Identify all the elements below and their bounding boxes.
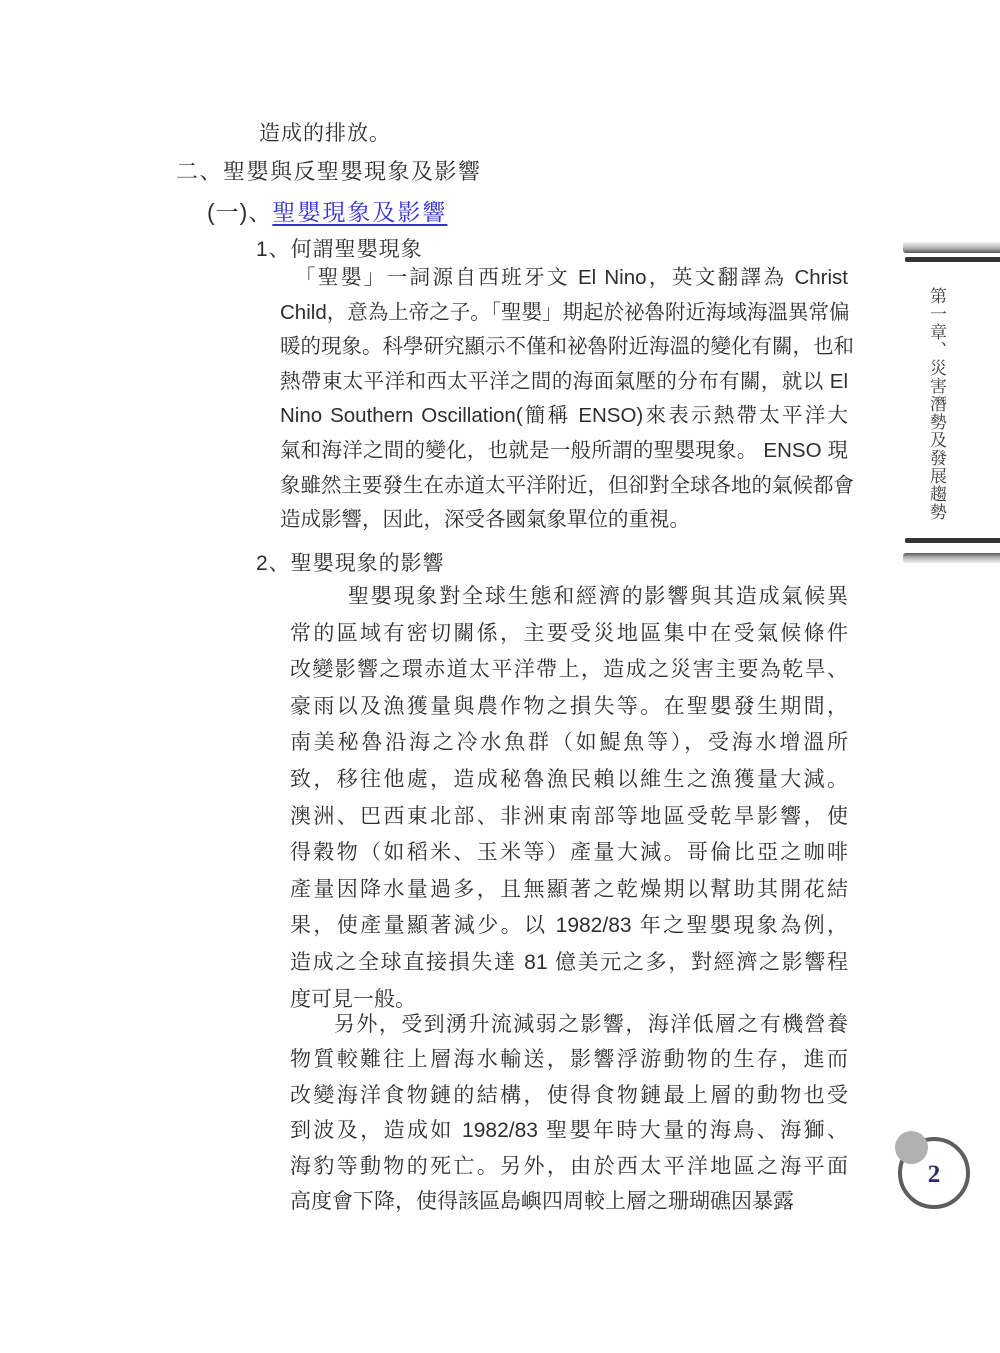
text-line: 到波及，造成如 1982/83 聖嬰年時大量的海鳥、海獅、 xyxy=(290,1113,848,1148)
text-line: 造成之全球直接損失達 81 億美元之多，對經濟之影響程 xyxy=(290,945,848,982)
text-line: 暖的現象。科學研究顯示不僅和祕魯附近海溫的變化有關，也和 xyxy=(280,330,848,365)
sidebar-rule-bottom-inner xyxy=(905,538,1000,543)
text-line: 另外，受到湧升流減弱之影響，海洋低層之有機營養 xyxy=(290,1007,848,1042)
sidebar-rule-top-outer xyxy=(903,242,1000,253)
text-line: 高度會下降，使得該區島嶼四周較上層之珊瑚礁因暴露 xyxy=(290,1184,848,1219)
subsection-heading: (一)、聖嬰現象及影響 xyxy=(207,194,447,227)
text-line: 得穀物（如稻米、玉米等）產量大減。哥倫比亞之咖啡 xyxy=(290,835,848,872)
chapter-tab-title: 第一章、災害潛勢及發展趨勢 xyxy=(924,287,949,527)
text-line: 改變海洋食物鏈的結構，使得食物鏈最上層的動物也受 xyxy=(290,1078,848,1113)
text-line: 造成影響，因此，深受各國氣象單位的重視。 xyxy=(280,503,848,538)
text-line: 果，使產量顯著減少。以 1982/83 年之聖嬰現象為例， xyxy=(290,908,848,945)
paragraph-marine-effects: 另外，受到湧升流減弱之影響，海洋低層之有機營養物質較難往上層海水輸送，影響浮游動… xyxy=(290,1007,848,1219)
carryover-line: 造成的排放。 xyxy=(259,117,391,147)
text-line: 物質較難往上層海水輸送，影響浮游動物的生存，進而 xyxy=(290,1042,848,1077)
text-line: 致，移往他處，造成秘魯漁民賴以維生之漁獲量大減。 xyxy=(290,762,848,799)
text-line: 海豹等動物的死亡。另外，由於西太平洋地區之海平面 xyxy=(290,1149,848,1184)
section-heading: 二、聖嬰與反聖嬰現象及影響 xyxy=(176,155,482,186)
subsection-number: (一)、 xyxy=(207,199,272,225)
sidebar-rule-top-inner xyxy=(905,257,1000,262)
text-line: 象雖然主要發生在赤道太平洋附近，但卻對全球各地的氣候都會 xyxy=(280,469,848,504)
subsection-link[interactable]: 聖嬰現象及影響 xyxy=(272,199,447,225)
badge-dot xyxy=(895,1131,928,1164)
text-line: 澳洲、巴西東北部、非洲東南部等地區受乾旱影響，使 xyxy=(290,799,848,836)
text-line: 「聖嬰」一詞源自西班牙文 El Nino，英文翻譯為 Christ xyxy=(280,261,848,296)
paragraph-elnino-impacts: 聖嬰現象對全球生態和經濟的影響與其造成氣候異常的區域有密切關係，主要受災地區集中… xyxy=(290,579,848,1018)
paragraph-elnino-definition: 「聖嬰」一詞源自西班牙文 El Nino，英文翻譯為 ChristChild，意… xyxy=(280,261,848,538)
item-heading-2: 2、聖嬰現象的影響 xyxy=(256,547,445,577)
sidebar-rule-bottom-outer xyxy=(903,553,1000,563)
text-line: 南美秘魯沿海之冷水魚群（如鯷魚等），受海水增溫所 xyxy=(290,725,848,762)
text-line: Child，意為上帝之子。「聖嬰」期起於祕魯附近海域海溫異常偏 xyxy=(280,296,848,331)
text-line: 豪雨以及漁獲量與農作物之損失等。在聖嬰發生期間， xyxy=(290,689,848,726)
text-line: 聖嬰現象對全球生態和經濟的影響與其造成氣候異 xyxy=(290,579,848,616)
item-heading-1: 1、何謂聖嬰現象 xyxy=(256,233,423,263)
text-line: Nino Southern Oscillation(簡稱 ENSO)來表示熱帶太… xyxy=(280,399,848,434)
document-page: 造成的排放。 二、聖嬰與反聖嬰現象及影響 (一)、聖嬰現象及影響 1、何謂聖嬰現… xyxy=(0,0,1000,1353)
page-number: 2 xyxy=(928,1157,941,1189)
text-line: 改變影響之環赤道太平洋帶上，造成之災害主要為乾旱、 xyxy=(290,652,848,689)
text-line: 產量因降水量過多，且無顯著之乾燥期以幫助其開花結 xyxy=(290,872,848,909)
text-line: 常的區域有密切關係，主要受災地區集中在受氣候條件 xyxy=(290,616,848,653)
text-line: 熱帶東太平洋和西太平洋之間的海面氣壓的分布有關，就以 El xyxy=(280,365,848,400)
text-line: 氣和海洋之間的變化，也就是一般所謂的聖嬰現象。 ENSO 現 xyxy=(280,434,848,469)
